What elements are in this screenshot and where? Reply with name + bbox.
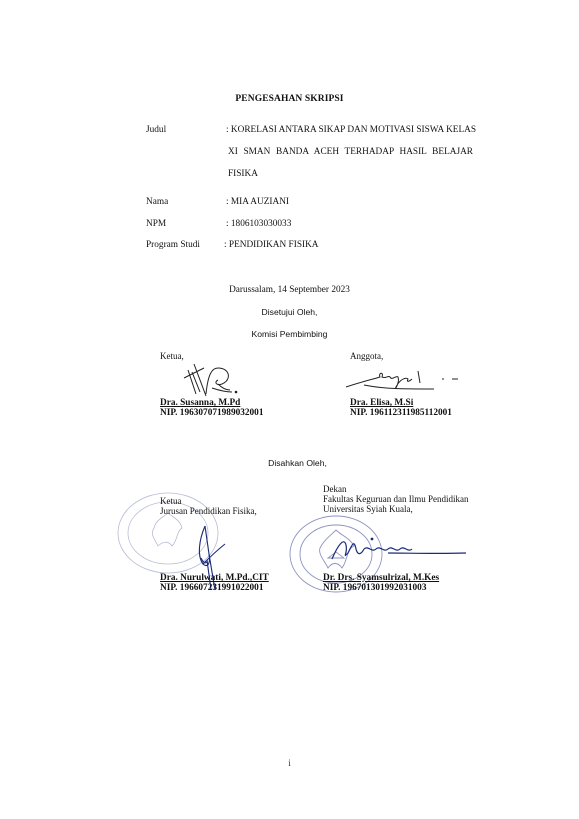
supervisor-1-name: Dra. Susanna, M.Pd xyxy=(160,398,240,408)
program-studi-value: : PENDIDIKAN FISIKA xyxy=(224,240,319,250)
official-2-role-line-3: Universitas Syiah Kuala, xyxy=(323,504,413,514)
judul-line-3: FISIKA xyxy=(228,169,258,179)
official-2-name: Dr. Drs. Syamsulrizal, M.Kes xyxy=(323,573,439,583)
committee-label: Komisi Pembimbing xyxy=(0,329,579,339)
signature-supervisor-2-icon xyxy=(344,365,464,395)
judul-line-1: : KORELASI ANTARA SIKAP DAN MOTIVASI SIS… xyxy=(226,125,476,135)
supervisor-2-role: Anggota, xyxy=(350,351,383,361)
ratified-by-label: Disahkan Oleh, xyxy=(8,458,579,468)
supervisor-2-name: Dra. Elisa, M.Si xyxy=(350,398,413,408)
official-2-role-line-2: Fakultas Keguruan dan Ilmu Pendidikan xyxy=(323,494,468,504)
signature-official-2-icon xyxy=(328,535,468,565)
program-studi-label: Program Studi xyxy=(146,240,200,250)
page-number: i xyxy=(0,758,579,768)
nama-label: Nama xyxy=(146,197,168,207)
judul-label: Judul xyxy=(146,125,166,135)
npm-label: NPM xyxy=(146,219,166,229)
supervisor-2-nip: NIP. 196112311985112001 xyxy=(350,408,452,418)
nama-value: : MIA AUZIANI xyxy=(226,197,289,207)
npm-value: : 1806103030033 xyxy=(226,219,291,229)
official-1-role-line-2: Jurusan Pendidikan Fisika, xyxy=(160,506,257,516)
official-2-nip: NIP. 196701301992031003 xyxy=(323,583,426,593)
page-title: PENGESAHAN SKRIPSI xyxy=(0,94,579,104)
official-1-nip: NIP. 196607231991022001 xyxy=(160,583,263,593)
signature-supervisor-1-icon xyxy=(178,360,258,400)
official-1-name: Dra. Nurulwati, M.Pd.,CIT xyxy=(160,573,269,583)
official-2-role-line-1: Dekan xyxy=(323,484,347,494)
approved-by-label: Disetujui Oleh, xyxy=(0,307,579,317)
official-1-role-line-1: Ketua xyxy=(160,496,182,506)
supervisor-1-nip: NIP. 196307071989032001 xyxy=(160,408,263,418)
judul-line-2: XI SMAN BANDA ACEH TERHADAP HASIL BELAJA… xyxy=(228,147,473,157)
place-date: Darussalam, 14 September 2023 xyxy=(0,285,579,295)
